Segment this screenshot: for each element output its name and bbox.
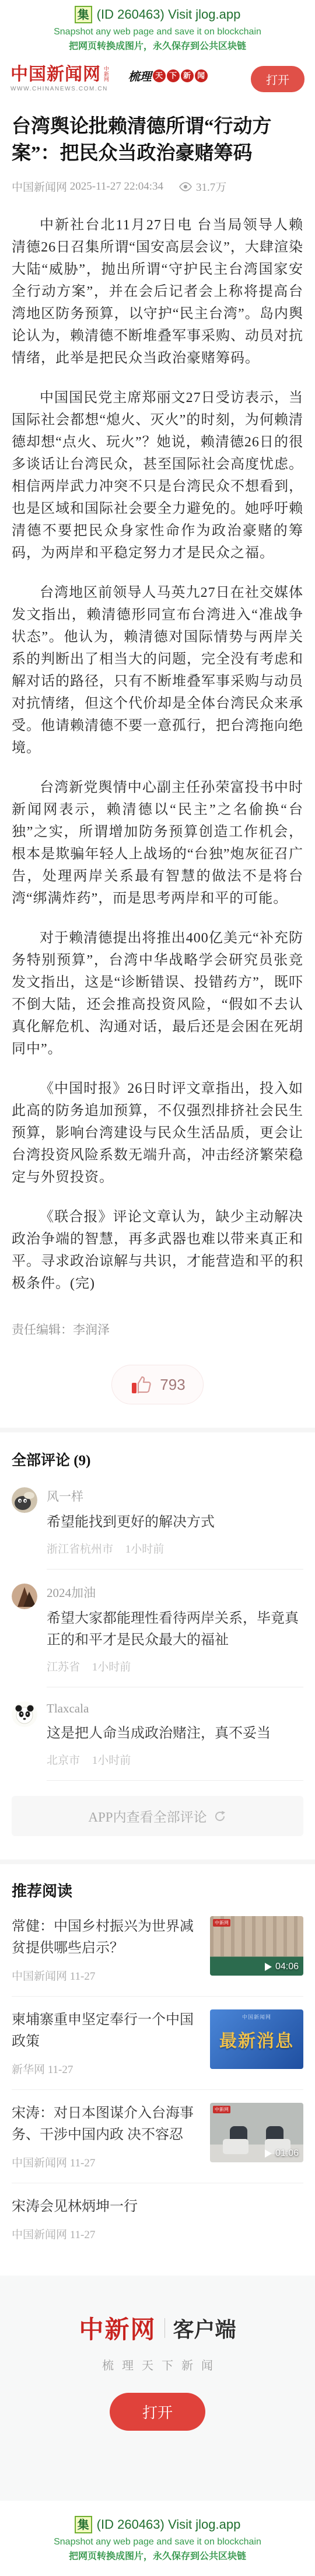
comment-author: 风一样 xyxy=(47,1487,303,1505)
article-meta: 中国新闻网 2025-11-27 22:04:34 31.7万 xyxy=(12,179,303,194)
slogan-prefix: 梳理 xyxy=(128,67,152,84)
jlog-tagline-en: Snapshot any web page and save it on blo… xyxy=(0,2537,315,2547)
comment-meta: 北京市 1小时前 xyxy=(47,1752,303,1767)
comment-time: 1小时前 xyxy=(125,1543,164,1556)
comment-meta: 浙江省杭州市 1小时前 xyxy=(47,1540,303,1556)
article-body: 中新社台北11月27日电 台当局领导人赖清德26日召集所谓“国安高层会议”，大肆… xyxy=(12,214,303,1295)
jlog-id-link[interactable]: (ID 260463) Visit jlog.app xyxy=(97,2517,241,2532)
recommended-item[interactable]: 宋涛：对日本图谋介入台海事务、干涉中国内政 决不容忍 中国新闻网 11-27 中… xyxy=(12,2090,303,2183)
recommended-section: 推荐阅读 常健：中国乡村振兴为世界减贫提供哪些启示？ 中国新闻网 11-27 中… xyxy=(0,1864,315,2270)
article-title: 台湾舆论批赖清德所谓“行动方案”：把民众当政治豪赌筹码 xyxy=(12,113,303,167)
article-source: 中国新闻网 xyxy=(12,179,67,194)
comment-divider xyxy=(47,1687,303,1687)
avatar-mountain xyxy=(12,1584,37,1609)
view-count: 31.7万 xyxy=(178,179,226,194)
view-count-value: 31.7万 xyxy=(196,179,226,194)
recommended-title: 柬埔寨重申坚定奉行一个中国政策 xyxy=(12,2009,201,2053)
footer-open-app-button[interactable]: 打开 xyxy=(110,2393,205,2431)
comments-header: 全部评论 (9) xyxy=(0,1432,315,1473)
recommended-item[interactable]: 常健：中国乡村振兴为世界减贫提供哪些启示？ 中国新闻网 11-27 中新网 04… xyxy=(12,1903,303,1997)
avatar-sheep xyxy=(12,1487,37,1513)
paragraph: 《中国时报》26日时评文章指出，投入如此高的防务追加预算，不仅强烈排挤社会民生预… xyxy=(12,1078,303,1189)
recommended-source: 中国新闻网 11-27 xyxy=(12,2154,201,2170)
eye-icon xyxy=(178,181,192,192)
video-thumbnail: 中新网 01:06 xyxy=(210,2103,303,2162)
jlog-badge-icon: 集 xyxy=(75,6,92,23)
editor-line: 责任编辑：李润泽 xyxy=(12,1320,303,1338)
view-all-comments-button[interactable]: APP内查看全部评论 xyxy=(12,1796,303,1836)
recommended-title: 宋涛：对日本图谋介入台海事务、干涉中国内政 决不容忍 xyxy=(12,2103,201,2146)
recommended-title: 常健：中国乡村振兴为世界减贫提供哪些启示？ xyxy=(12,1916,201,1959)
jlog-tagline-en: Snapshot any web page and save it on blo… xyxy=(0,27,315,37)
chinanews-logo: 中国新闻网 中新网 WWW.CHINANEWS.COM.CN xyxy=(10,66,120,92)
slogan-badge: 下 xyxy=(167,69,180,82)
article: 台湾舆论批赖清德所谓“行动方案”：把民众当政治豪赌筹码 中国新闻网 2025-1… xyxy=(0,113,315,1404)
logo-slogan: 梳理 天 下 新 闻 xyxy=(128,67,208,84)
footer-logo-black: 客户端 xyxy=(173,2313,236,2343)
site-header: 中国新闻网 中新网 WWW.CHINANEWS.COM.CN 梳理 天 下 新 … xyxy=(0,59,315,100)
thumb-logo-badge: 中新网 xyxy=(213,1919,230,1927)
comments-section: 全部评论 (9) 风一样 希望能找到更好的解决方式 浙江省杭州市 1小时前 xyxy=(0,1432,315,1860)
jlog-badge-icon: 集 xyxy=(75,2516,92,2533)
comment-author: Tlaxcala xyxy=(47,1701,303,1716)
comment-text: 希望能找到更好的解决方式 xyxy=(47,1512,303,1533)
jlog-banner-top[interactable]: 集 (ID 260463) Visit jlog.app Snapshot an… xyxy=(0,0,315,59)
section-divider xyxy=(0,1860,315,1864)
jlog-tagline-zh: 把网页转换成图片，永久保存到公共区块链 xyxy=(0,39,315,52)
app-promo-footer: 中新网 客户端 梳理天下新闻 打开 xyxy=(0,2276,315,2501)
recommended-source: 中国新闻网 11-27 xyxy=(12,2226,294,2242)
comment-divider xyxy=(47,1569,303,1570)
comment-text: 希望大家都能理性看待两岸关系，毕竟真正的和平才是民众最大的福祉 xyxy=(47,1608,303,1651)
paragraph: 台湾新党舆情中心副主任孙荣富投书中时新闻网表示，赖清德以“民主”之名偷换“台独”… xyxy=(12,777,303,910)
article-datetime: 2025-11-27 22:04:34 xyxy=(70,180,163,193)
video-thumbnail: 中新网 04:06 xyxy=(210,1916,303,1976)
paragraph: 《联合报》评论文章认为，缺少主动解决政治争端的智慧，再多武器也难以带来真正和平。… xyxy=(12,1206,303,1295)
thumb-top-logo: 中国新闻网 xyxy=(210,2013,303,2021)
section-divider xyxy=(0,1428,315,1432)
video-duration: 01:06 xyxy=(275,2148,299,2159)
paragraph: 对于赖清德提出将推出400亿美元“补充防务特别预算”，台湾中华战略学会研究员张竞… xyxy=(12,927,303,1060)
comment-item: 2024加油 希望大家都能理性看待两岸关系，毕竟真正的和平才是民众最大的福祉 江… xyxy=(0,1570,315,1687)
logo-url: WWW.CHINANEWS.COM.CN xyxy=(10,86,120,92)
video-duration: 04:06 xyxy=(275,1962,299,1972)
logo-text: 中国新闻网 xyxy=(10,66,101,83)
comment-location: 浙江省杭州市 xyxy=(47,1543,113,1556)
comment-location: 江苏省 xyxy=(47,1661,80,1673)
comment-author: 2024加油 xyxy=(47,1584,303,1601)
view-all-comments-label: APP内查看全部评论 xyxy=(88,1806,206,1826)
paragraph: 台湾地区前领导人马英九27日在社交媒体发文指出，赖清德形同宣布台湾进入“准战争状… xyxy=(12,582,303,759)
avatar-panda xyxy=(12,1701,37,1727)
footer-logo-divider xyxy=(164,2318,165,2338)
comment-time: 1小时前 xyxy=(92,1754,131,1767)
recommended-item[interactable]: 柬埔寨重申坚定奉行一个中国政策 新华网 11-27 中国新闻网 最新消息 xyxy=(12,1997,303,2090)
comment-time: 1小时前 xyxy=(92,1661,131,1673)
comment-location: 北京市 xyxy=(47,1754,80,1767)
recommended-item[interactable]: 宋涛会见林炳坤一行 中国新闻网 11-27 xyxy=(12,2183,303,2255)
comment-item: 风一样 希望能找到更好的解决方式 浙江省杭州市 1小时前 xyxy=(0,1473,315,1570)
thumbs-up-icon xyxy=(129,1373,153,1396)
comment-text: 这是把人命当成政治赌注，真不妥当 xyxy=(47,1723,303,1745)
jlog-banner-bottom[interactable]: 集 (ID 260463) Visit jlog.app Snapshot an… xyxy=(0,2501,315,2576)
slogan-badge: 新 xyxy=(181,69,194,82)
play-icon xyxy=(265,2149,272,2158)
recommended-source: 中国新闻网 11-27 xyxy=(12,1967,201,1983)
jlog-id-link[interactable]: (ID 260463) Visit jlog.app xyxy=(97,7,241,22)
comment-item: Tlaxcala 这是把人命当成政治赌注，真不妥当 北京市 1小时前 xyxy=(0,1687,315,1781)
jlog-tagline-zh: 把网页转换成图片，永久保存到公共区块链 xyxy=(0,2549,315,2562)
refresh-arrow-icon xyxy=(213,1809,227,1823)
slogan-badge: 闻 xyxy=(195,69,208,82)
footer-logo: 中新网 客户端 xyxy=(0,2311,315,2346)
play-icon xyxy=(265,1963,272,1971)
paragraph: 中新社台北11月27日电 台当局领导人赖清德26日召集所谓“国安高层会议”，大肆… xyxy=(12,214,303,369)
recommended-title: 宋涛会见林炳坤一行 xyxy=(12,2196,294,2218)
open-app-button[interactable]: 打开 xyxy=(251,66,304,92)
like-count: 793 xyxy=(160,1376,185,1394)
recommended-source: 新华网 11-27 xyxy=(12,2061,201,2077)
footer-logo-red: 中新网 xyxy=(79,2311,156,2346)
footer-slogan: 梳理天下新闻 xyxy=(0,2356,315,2373)
thumb-logo-badge: 中新网 xyxy=(213,2106,230,2113)
logo-side-text: 中新网 xyxy=(103,66,108,82)
recommended-header: 推荐阅读 xyxy=(12,1864,303,1903)
like-button[interactable]: 793 xyxy=(111,1365,203,1404)
paragraph: 中国国民党主席郑丽文27日受访表示，当国际社会都想“熄火、灭火”的时刻，为何赖清… xyxy=(12,387,303,564)
thumb-headline: 最新消息 xyxy=(219,2026,294,2052)
comment-meta: 江苏省 1小时前 xyxy=(47,1658,303,1674)
news-thumbnail: 中国新闻网 最新消息 xyxy=(210,2009,303,2069)
comment-divider xyxy=(47,1780,303,1781)
slogan-badge: 天 xyxy=(153,69,166,82)
